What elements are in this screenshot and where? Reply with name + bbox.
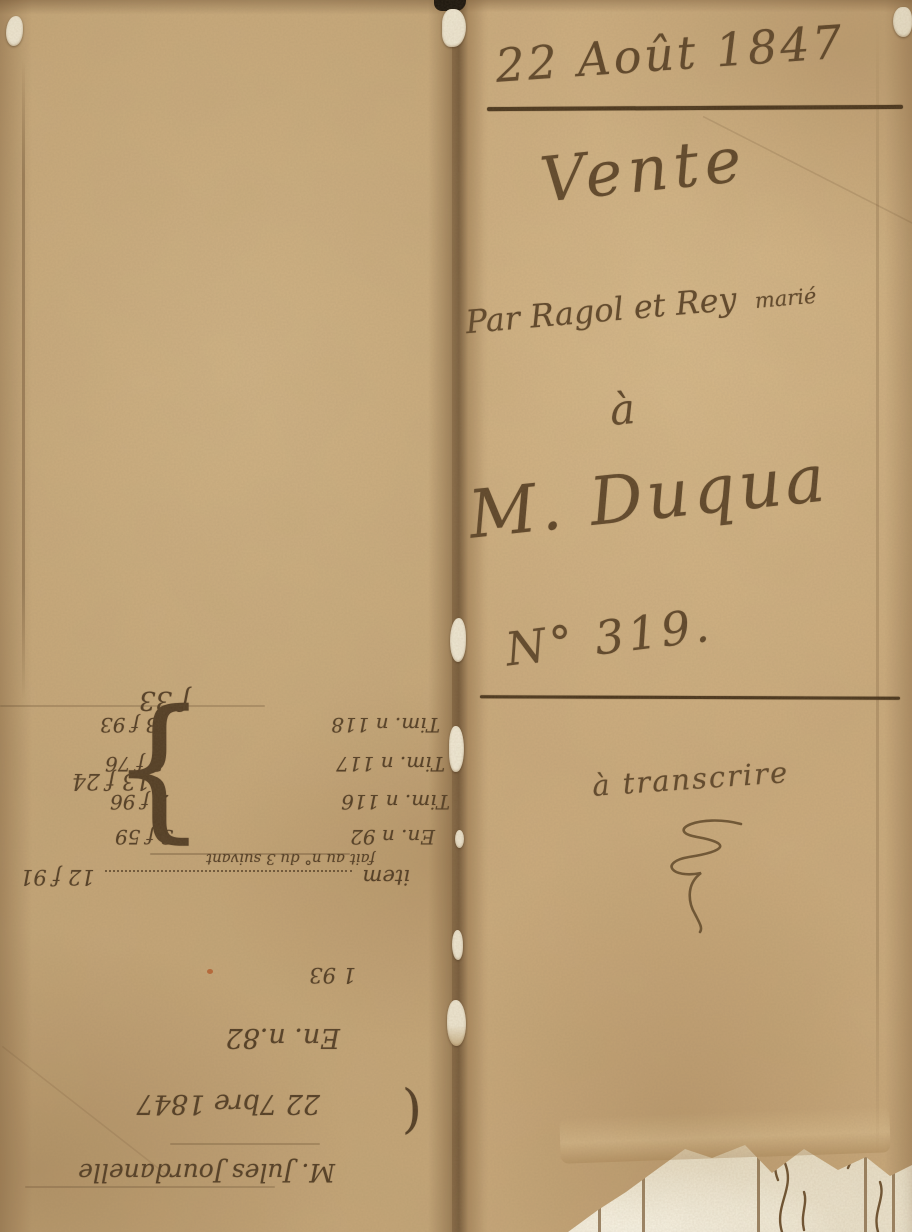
rust-fleck bbox=[207, 969, 213, 974]
parties-suffix: marié bbox=[754, 284, 817, 313]
tear-chip bbox=[450, 618, 466, 662]
crease-line bbox=[876, 20, 879, 1160]
ink-rule-faint bbox=[170, 1143, 320, 1145]
tear-chip bbox=[449, 726, 464, 772]
stamp-entry-label: Tim. n 116 bbox=[341, 790, 450, 814]
scanned-document: 22 Août 1847 Vente Par Ragol et Rey mari… bbox=[0, 0, 912, 1232]
ink-rule-faint bbox=[25, 1186, 275, 1188]
annotation-register: En. n.82 bbox=[140, 1022, 340, 1053]
dot-leader bbox=[105, 870, 353, 873]
annotation-date: 22 7bre 1847 bbox=[35, 1088, 320, 1119]
entries-brace: } bbox=[150, 700, 208, 860]
stamp-entry-label: Tim. n 118 bbox=[331, 713, 440, 737]
stamp-entry-label: En. n 92 bbox=[350, 825, 435, 849]
tear-chip bbox=[452, 930, 463, 960]
annotation-name: M. Jules Jourdanelle bbox=[15, 1158, 335, 1187]
item-value: 12 f 91 bbox=[20, 865, 95, 889]
annotation-item-row: item 12 f 91 bbox=[20, 864, 410, 889]
annotation-carry: 1 93 bbox=[268, 963, 356, 987]
item-label: item bbox=[363, 865, 411, 889]
entries-total: 13 f 24 bbox=[22, 768, 150, 793]
tear-chip bbox=[447, 1000, 466, 1046]
paraph-flourish bbox=[645, 816, 755, 934]
tear-chip bbox=[455, 830, 464, 848]
tear-chip bbox=[893, 7, 912, 37]
crease-line bbox=[22, 60, 25, 700]
stamp-entry-label: Tim. n 117 bbox=[336, 752, 445, 776]
spine-fold bbox=[428, 0, 484, 1232]
preposition-a: à bbox=[608, 384, 637, 435]
annotation-paraph: ( bbox=[372, 1082, 422, 1142]
